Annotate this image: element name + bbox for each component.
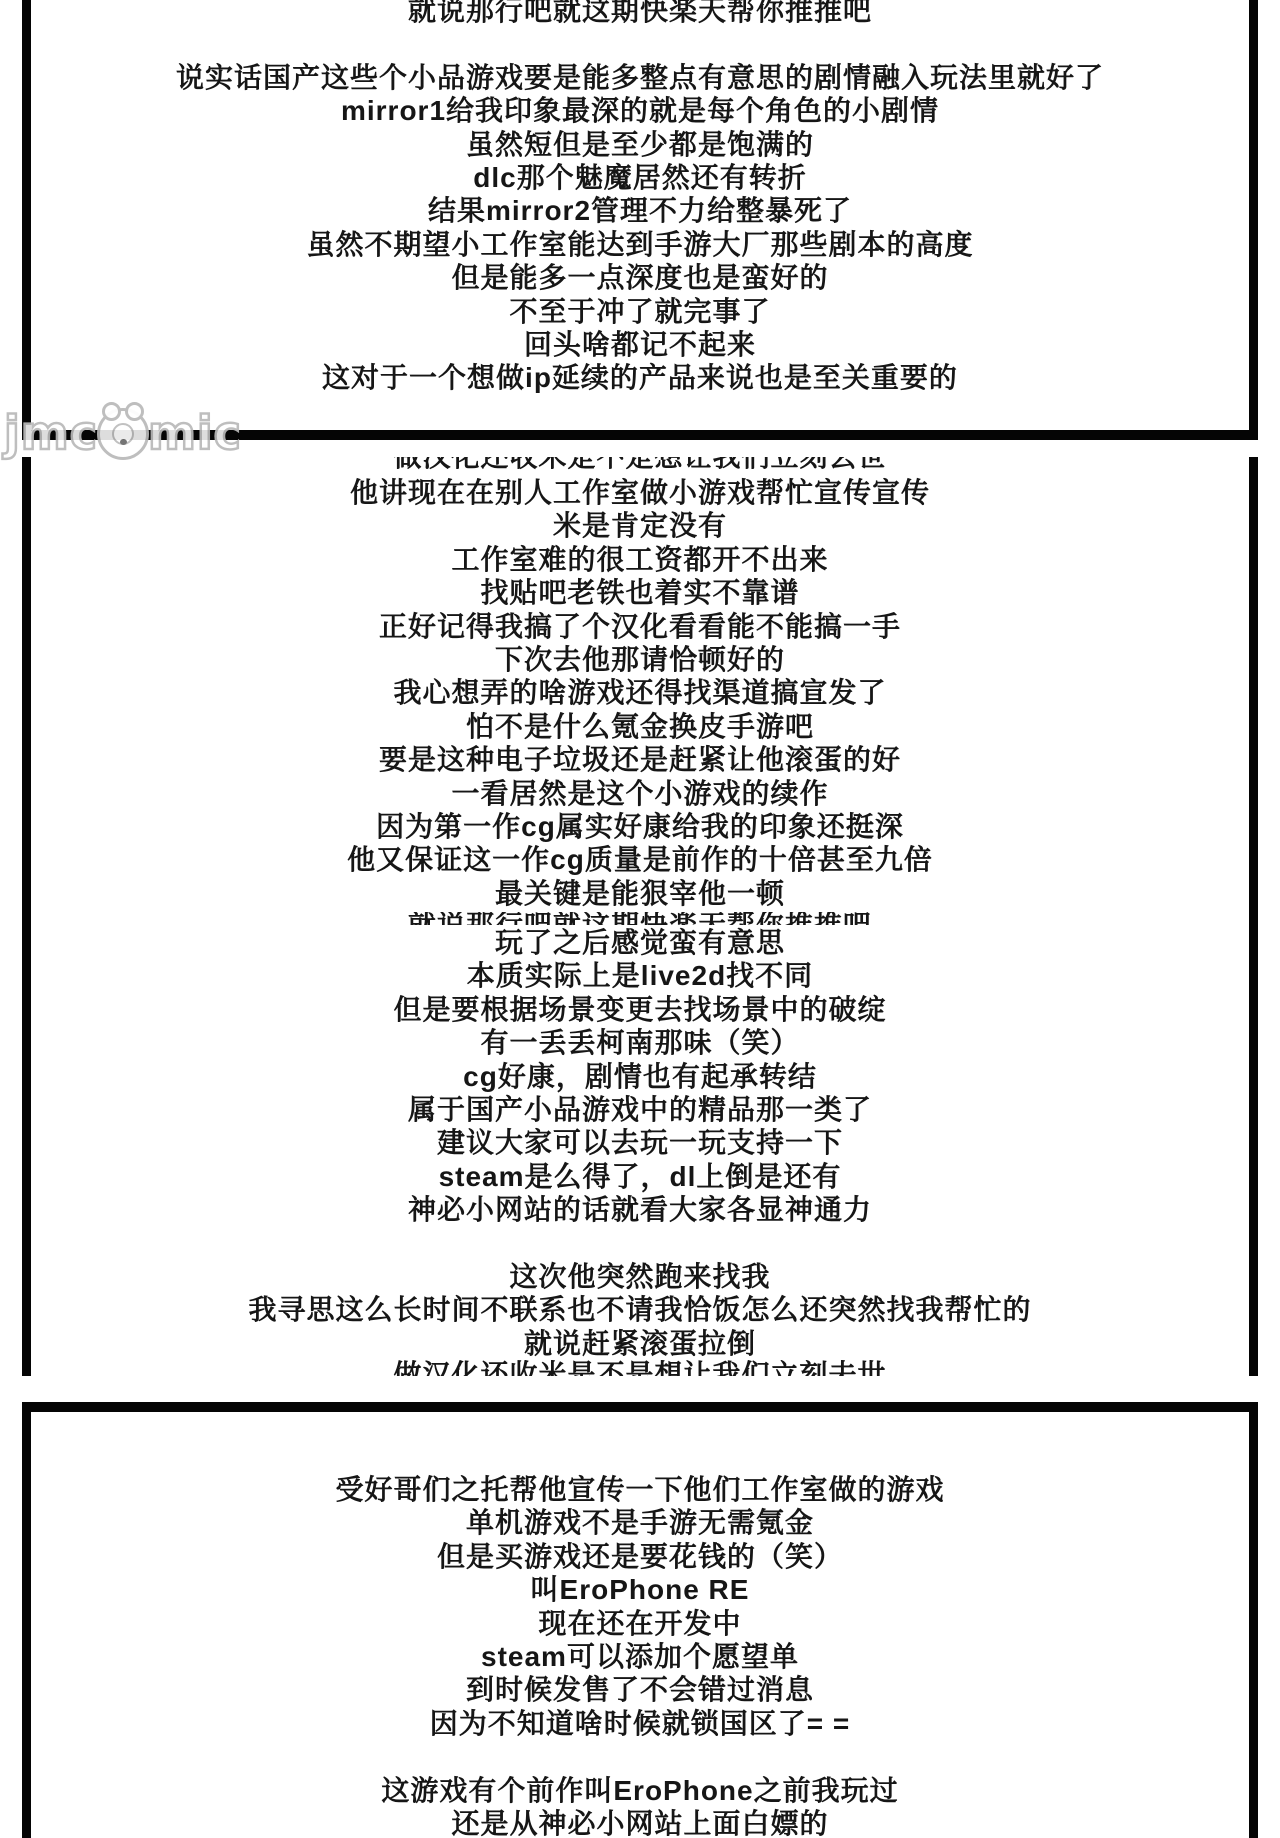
text-block: 就说那行吧就这期快楽天帮你推推吧说实话国产这些个小品游戏要是能多整点有意思的剧情… [31,0,1249,395]
blank-line [31,1740,1249,1773]
bear-ear-right-icon [125,402,144,421]
text-line: 到时候发售了不会错过消息 [31,1673,1249,1706]
text-line: 最关键是能狠宰他一顿 [31,877,1249,910]
text-line: 但是买游戏还是要花钱的（笑） [31,1540,1249,1573]
watermark-text-right: mic [148,406,242,460]
text-line: 他讲现在在别人工作室做小游戏帮忙宣传宣传 [31,476,1249,509]
text-line: 说实话国产这些个小品游戏要是能多整点有意思的剧情融入玩法里就好了 [31,61,1249,94]
text-line: 做汉化还收米是不是想让我们立刻去世 [31,1360,1249,1376]
text-line: 这游戏有个前作叫EroPhone之前我玩过 [31,1774,1249,1807]
text-line: 建议大家可以去玩一玩支持一下 [31,1126,1249,1159]
bear-face-mouth-icon [120,439,127,445]
text-line: 虽然不期望小工作室能达到手游大厂那些剧本的高度 [31,228,1249,261]
bear-ear-left-icon [102,402,121,421]
text-line: dlc那个魅魔居然还有转折 [31,161,1249,194]
comic-page: 就说那行吧就这期快楽天帮你推推吧说实话国产这些个小品游戏要是能多整点有意思的剧情… [0,0,1280,1838]
text-line: 玩了之后感觉蛮有意思 [31,926,1249,959]
text-line: 要是这种电子垃圾还是赶紧让他滚蛋的好 [31,743,1249,776]
text-line: 他又保证这一作cg质量是前作的十倍甚至九倍 [31,843,1249,876]
text-block: 做汉化还收米是不是想让我们立刻去世他讲现在在别人工作室做小游戏帮忙宣传宣传米是肯… [31,457,1249,1376]
text-block: 受好哥们之托帮他宣传一下他们工作室做的游戏单机游戏不是手游无需氪金但是买游戏还是… [31,1412,1249,1838]
text-line: 本质实际上是live2d找不同 [31,959,1249,992]
text-line: 怕不是什么氪金换皮手游吧 [31,710,1249,743]
text-line: 但是要根据场景变更去找场景中的破绽 [31,993,1249,1026]
text-line: 回头啥都记不起来 [31,328,1249,361]
text-line: steam可以添加个愿望单 [31,1640,1249,1673]
blank-line [31,27,1249,60]
text-line: 因为不知道啥时候就锁国区了= = [31,1707,1249,1740]
text-line: 叫EroPhone RE [31,1573,1249,1606]
text-line: 正好记得我搞了个汉化看看能不能搞一手 [31,610,1249,643]
text-line: 工作室难的很工资都开不出来 [31,543,1249,576]
text-line: 我寻思这么长时间不联系也不请我恰饭怎么还突然找我帮忙的 [31,1293,1249,1326]
text-line: 就说那行吧就这期快楽天帮你推推吧 [31,912,1249,925]
text-line: steam是么得了，dl上倒是还有 [31,1160,1249,1193]
text-line: 一看居然是这个小游戏的续作 [31,777,1249,810]
text-line: 受好哥们之托帮他宣传一下他们工作室做的游戏 [31,1473,1249,1506]
bear-face-icon [97,408,149,460]
text-line: 还是从神必小网站上面白嫖的 [31,1807,1249,1838]
text-line: 单机游戏不是手游无需氪金 [31,1506,1249,1539]
text-line: mirror1给我印象最深的就是每个角色的小剧情 [31,94,1249,127]
blank-line [31,1227,1249,1260]
text-line: 但是能多一点深度也是蛮好的 [31,261,1249,294]
text-line: 下次去他那请恰顿好的 [31,643,1249,676]
text-line: 有一丢丢柯南那味（笑） [31,1026,1249,1059]
text-line: 我心想弄的啥游戏还得找渠道搞宣发了 [31,676,1249,709]
watermark-text-left: jmc [4,406,98,460]
text-line: cg好康，剧情也有起承转结 [31,1060,1249,1093]
text-line: 不至于冲了就完事了 [31,295,1249,328]
text-line: 结果mirror2管理不力给整暴死了 [31,194,1249,227]
text-line: 米是肯定没有 [31,509,1249,542]
text-line: 因为第一作cg属实好康给我的印象还挺深 [31,810,1249,843]
comic-panel-middle: 做汉化还收米是不是想让我们立刻去世他讲现在在别人工作室做小游戏帮忙宣传宣传米是肯… [22,457,1258,1376]
text-line: 虽然短但是至少都是饱满的 [31,128,1249,161]
text-line: 属于国产小品游戏中的精品那一类了 [31,1093,1249,1126]
text-line: 现在还在开发中 [31,1607,1249,1640]
text-line: 就说赶紧滚蛋拉倒 [31,1327,1249,1360]
text-line: 这对于一个想做ip延续的产品来说也是至关重要的 [31,361,1249,394]
text-line: 找贴吧老铁也着实不靠谱 [31,576,1249,609]
comic-panel-bottom: 受好哥们之托帮他宣传一下他们工作室做的游戏单机游戏不是手游无需氪金但是买游戏还是… [22,1402,1258,1838]
text-line: 就说那行吧就这期快楽天帮你推推吧 [31,0,1249,27]
text-line: 这次他突然跑来找我 [31,1260,1249,1293]
comic-panel-top: 就说那行吧就这期快楽天帮你推推吧说实话国产这些个小品游戏要是能多整点有意思的剧情… [22,0,1258,440]
jmcomic-watermark: jmc mic [4,404,242,462]
text-line: 神必小网站的话就看大家各显神通力 [31,1193,1249,1226]
